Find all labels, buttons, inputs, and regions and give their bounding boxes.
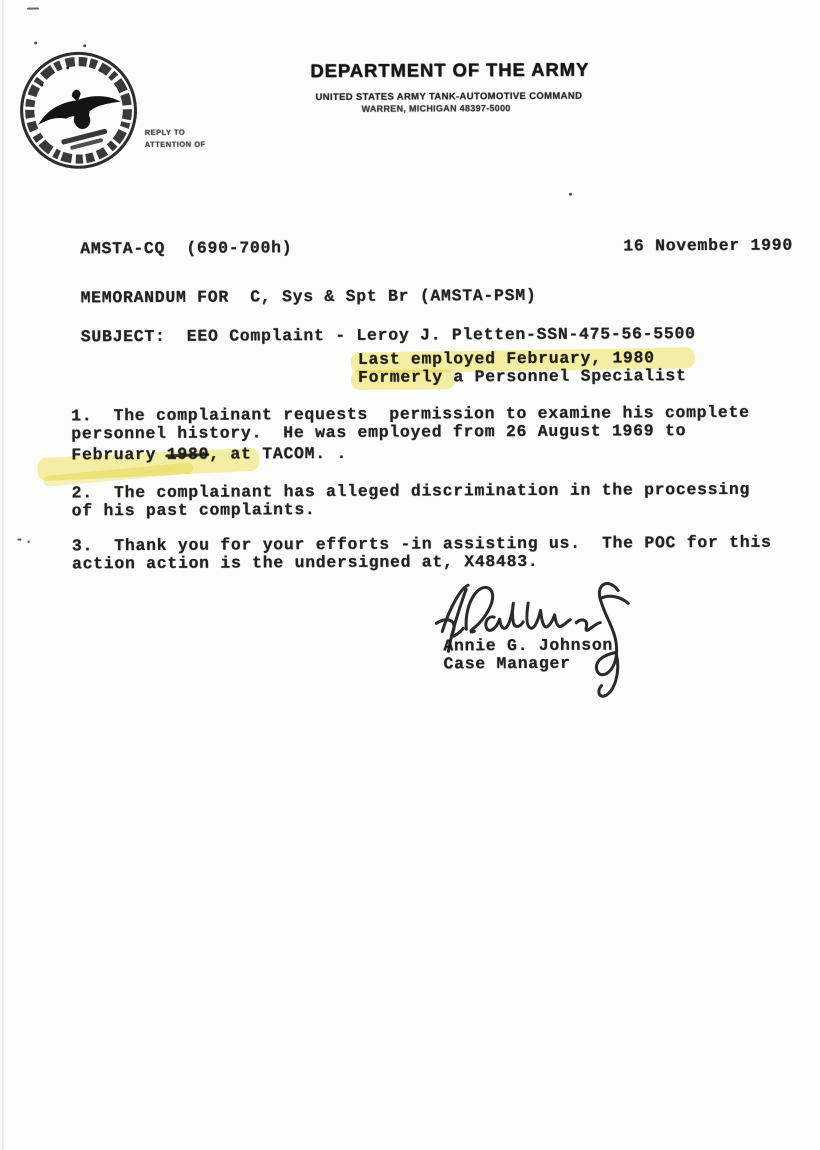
p1l3-pre: February: [71, 445, 167, 464]
p1l3-post: , at TACOM. .: [209, 444, 347, 464]
memo-document-page: REPLY TO ATTENTION OF DEPARTMENT OF THE …: [0, 0, 820, 1150]
department-of-defense-seal-icon: [17, 49, 140, 172]
letterhead-title: DEPARTMENT OF THE ARMY: [310, 59, 589, 82]
memorandum-for-line: MEMORANDUM FOR C, Sys & Spt Br (AMSTA-PS…: [81, 288, 537, 307]
subject-line: SUBJECT: EEO Complaint - Leroy J. Plette…: [81, 326, 696, 346]
paragraph-3-line-2: action action is the undersigned at, X48…: [72, 554, 539, 573]
paragraph-1-line-3: February 1980, at TACOM. .: [71, 446, 347, 464]
p1l3-struck-1980: 1980: [167, 445, 210, 464]
subject-continuation-2: Formerly a Personnel Specialist: [358, 368, 687, 386]
reply-to-line1: REPLY TO: [145, 127, 206, 139]
scanned-content: REPLY TO ATTENTION OF DEPARTMENT OF THE …: [0, 0, 820, 1150]
office-symbol: AMSTA-CQ (690-700h): [80, 240, 292, 258]
letterhead-subtitle: UNITED STATES ARMY TANK-AUTOMOTIVE COMMA…: [315, 91, 582, 103]
reply-to-attention-of: REPLY TO ATTENTION OF: [145, 127, 206, 151]
letterhead-address: WARREN, MICHIGAN 48397-5000: [362, 103, 511, 114]
paragraph-2-line-1: 2. The complainant has alleged discrimin…: [72, 482, 751, 502]
margin-pen-mark: -.: [16, 534, 34, 546]
scan-speck: [27, 8, 39, 10]
memo-date: 16 November 1990: [623, 238, 793, 255]
scan-speck: [34, 42, 37, 45]
paragraph-2-line-2: of his past complaints.: [72, 502, 316, 520]
paragraph-1-line-2: personnel history. He was employed from …: [71, 423, 686, 443]
scan-speck: [569, 193, 572, 196]
handwritten-signature: [428, 574, 664, 710]
reply-to-line2: ATTENTION OF: [145, 138, 206, 150]
scan-speck: [83, 44, 86, 47]
